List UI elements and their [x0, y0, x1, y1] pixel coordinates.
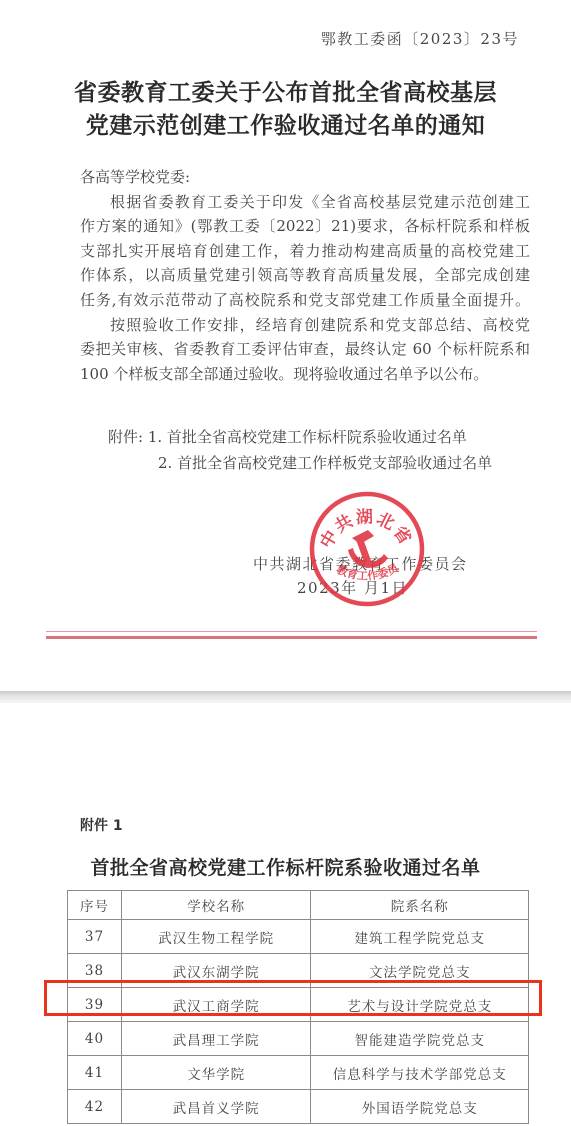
cell-department: 信息科学与技术学部党总支	[311, 1056, 529, 1090]
attachments-label: 附件:	[108, 428, 143, 446]
cell-school: 武汉生物工程学院	[121, 920, 311, 954]
paragraph1-line-3: 支部扎实开展培育创建工作，着力推动构建高质量的高校党建工	[80, 239, 530, 264]
title-line-2: 党建示范创建工作验收通过名单的通知	[0, 109, 571, 142]
attachments-list: 附件: 1. 首批全省高校党建工作标杆院系验收通过名单 2. 首批全省高校党建工…	[108, 424, 492, 476]
annex-page: 附件 1 首批全省高校党建工作标杆院系验收通过名单 序号 学校名称 院系名称 3…	[0, 703, 571, 1126]
paragraph2-line-3: 100 个样板支部全部通过验收。现将验收通过名单予以公布。	[80, 362, 530, 387]
paragraph2-line-1: 按照验收工作安排，经培育创建院系和党支部总结、高校党	[80, 313, 530, 338]
cell-school: 武昌理工学院	[121, 1022, 311, 1056]
cell-school: 文华学院	[121, 1056, 311, 1090]
highlight-box	[44, 980, 542, 1016]
paragraph1-line-4: 作体系，以高质量党建引领高等教育高质量发展，全部完成创建	[80, 263, 530, 288]
document-body: 各高等学校党委: 根据省委教育工委关于印发《全省高校基层党建示范创建工 作方案的…	[80, 165, 530, 386]
salutation: 各高等学校党委:	[80, 165, 530, 190]
page-separator	[0, 691, 571, 703]
attachment-item-2: 2. 首批全省高校党建工作样板党支部验收通过名单	[158, 454, 492, 472]
annex-label: 附件 1	[80, 815, 123, 835]
annex-title: 首批全省高校党建工作标杆院系验收通过名单	[0, 853, 571, 880]
document-title: 省委教育工委关于公布首批全省高校基层 党建示范创建工作验收通过名单的通知	[0, 76, 571, 142]
header-department: 院系名称	[311, 891, 529, 920]
header-index: 序号	[68, 891, 122, 920]
red-rule-thick	[46, 636, 537, 639]
red-rule-thin	[46, 631, 537, 632]
table-row: 42 武昌首义学院 外国语学院党总支	[68, 1090, 529, 1124]
notice-page: 鄂教工委函〔2023〕23号 省委教育工委关于公布首批全省高校基层 党建示范创建…	[0, 0, 571, 691]
paragraph1-line-2: 作方案的通知》(鄂教工委〔2022〕21)要求，各标杆院系和样板	[80, 214, 530, 239]
cell-index: 37	[68, 920, 122, 954]
paragraph1-line-5: 任务,有效示范带动了高校院系和党支部党建工作质量全面提升。	[80, 288, 530, 313]
attachment-item-1: 1. 首批全省高校党建工作标杆院系验收通过名单	[148, 428, 467, 446]
cell-department: 外国语学院党总支	[311, 1090, 529, 1124]
document-number: 鄂教工委函〔2023〕23号	[321, 28, 519, 49]
cell-index: 42	[68, 1090, 122, 1124]
header-school: 学校名称	[121, 891, 311, 920]
cell-department: 智能建造学院党总支	[311, 1022, 529, 1056]
cell-school: 武昌首义学院	[121, 1090, 311, 1124]
paragraph1-line-1: 根据省委教育工委关于印发《全省高校基层党建示范创建工	[80, 190, 530, 215]
cell-department: 建筑工程学院党总支	[311, 920, 529, 954]
table-header-row: 序号 学校名称 院系名称	[68, 891, 529, 920]
title-line-1: 省委教育工委关于公布首批全省高校基层	[0, 76, 571, 109]
cell-index: 40	[68, 1022, 122, 1056]
table-row: 37 武汉生物工程学院 建筑工程学院党总支	[68, 920, 529, 954]
official-seal-icon: 中共湖北省委 教育工作委员会	[308, 490, 426, 608]
table-row: 41 文华学院 信息科学与技术学部党总支	[68, 1056, 529, 1090]
cell-index: 41	[68, 1056, 122, 1090]
table-row: 40 武昌理工学院 智能建造学院党总支	[68, 1022, 529, 1056]
paragraph2-line-2: 委把关审核、省委教育工委评估审查，最终认定 60 个标杆院系和	[80, 337, 530, 362]
